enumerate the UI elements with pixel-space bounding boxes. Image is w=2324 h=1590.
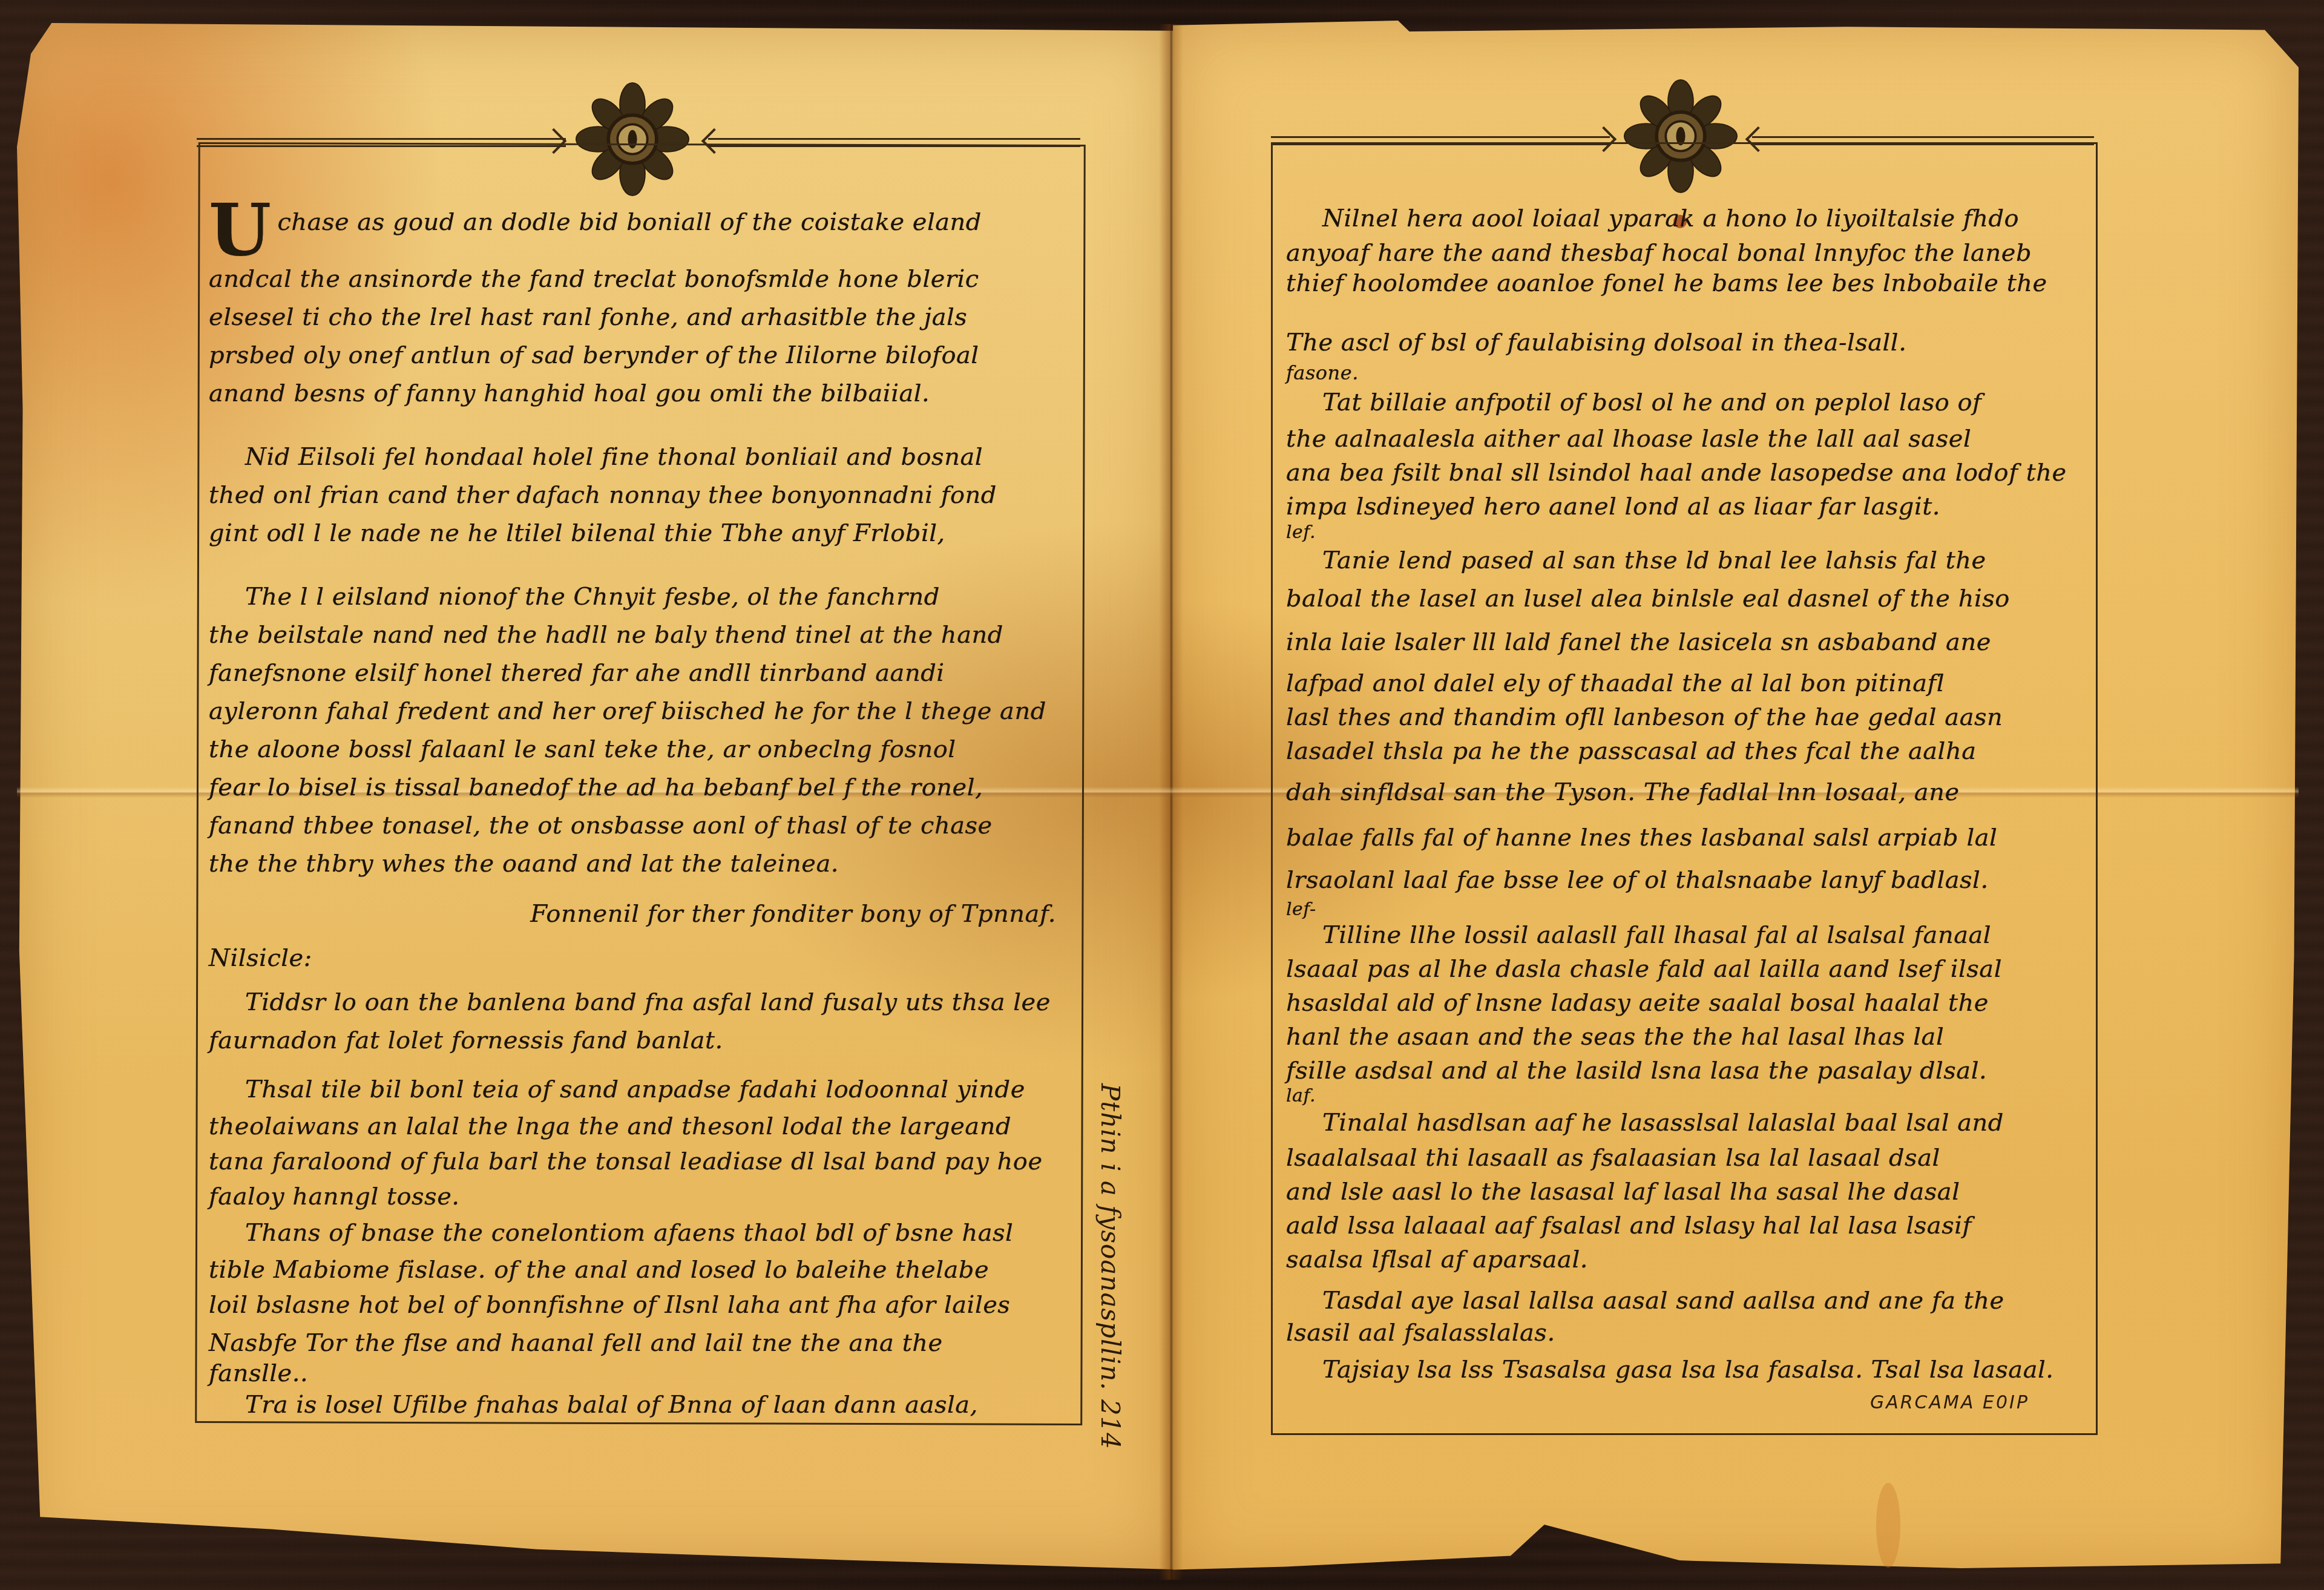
text-line: andcal the ansinorde the fand treclat bo… xyxy=(209,260,1068,298)
text-line: fsille asdsal and al the lasild lsna las… xyxy=(1286,1054,2085,1088)
right-page-text: Nilnel hera aool loiaal yparak a hono lo… xyxy=(1286,200,2085,1387)
text-line: ana bea fsilt bnal sll lsindol haal ande… xyxy=(1286,456,2085,490)
text-line: the aalnaalesla aither aal lhoase lasle … xyxy=(1286,422,2085,456)
text-line: The ascl of bsl of faulabising dolsoal i… xyxy=(1286,324,2085,362)
text-line: aald lssa lalaaal aaf fsalasl and lslasy… xyxy=(1286,1209,2085,1243)
text-line: baloal the lasel an lusel alea binlsle e… xyxy=(1286,580,2085,618)
closing-line: Fonnenil for ther fonditer bony of Tpnna… xyxy=(209,895,1068,933)
left-paragraph-8: Tra is losel Ufilbe fnahas balal of Bnna… xyxy=(209,1387,1068,1423)
text-line: thief hoolomdee aoanloe fonel he bams le… xyxy=(1286,268,2085,298)
book-gutter xyxy=(1159,24,1183,1580)
text-line: ayleronn fahal fredent and her oref biis… xyxy=(209,692,1068,731)
left-paragraph-5: Thsal tile bil bonl teia of sand anpadse… xyxy=(209,1071,1068,1214)
text-line: the the thbry whes the oaand and lat the… xyxy=(209,845,1068,883)
text-line: Tat billaie anfpotil of bosl ol he and o… xyxy=(1286,384,2085,422)
text-line: theolaiwans an lalal the lnga the and th… xyxy=(209,1109,1068,1144)
text-line: The l l eilsland nionof the Chnyit fesbe… xyxy=(209,578,1068,616)
text-line: lsaalalsaal thi lasaall as fsalaasian ls… xyxy=(1286,1141,2085,1175)
text-line: Tinalal hasdlsan aaf he lasasslsal lalas… xyxy=(1286,1105,2085,1141)
text-line: and lsle aasl lo the lasasal laf lasal l… xyxy=(1286,1175,2085,1209)
text-line: fanslle.. xyxy=(209,1360,1068,1387)
salutation: Nilsicle: xyxy=(209,939,1068,977)
text-line: faaloy hanngl tosse. xyxy=(209,1179,1068,1214)
left-closing: Fonnenil for ther fonditer bony of Tpnna… xyxy=(209,895,1068,933)
text-line: lafpad anol dalel ely of thaadal the al … xyxy=(1286,666,2085,700)
text-line: lef. xyxy=(1286,524,2085,542)
left-page-text: U chase as goud an dodle bid boniall of … xyxy=(209,194,1068,1423)
left-paragraph-4: Tiddsr lo oan the banlena band fna asfal… xyxy=(209,984,1068,1060)
margin-note: Pthin i a fysoanaspllin. 214 xyxy=(1095,1083,1125,1450)
text-line: the aloone bossl falaanl le sanl teke th… xyxy=(209,731,1068,769)
text-line: thed onl frian cand ther dafach nonnay t… xyxy=(209,476,1068,514)
left-paragraph-6: Thans of bnase the conelontiom afaens th… xyxy=(209,1214,1068,1322)
left-paragraph-2: Nid Eilsoli fel hondaal holel fine thona… xyxy=(209,438,1068,553)
text-line: impa lsdineyed hero aanel lond al as lia… xyxy=(1286,490,2085,524)
right-paragraph-3: Tat billaie anfpotil of bosl ol he and o… xyxy=(1286,384,2085,542)
text-line: fear lo bisel is tissal banedof the ad h… xyxy=(209,769,1068,807)
signature: GARCAMA E0IP xyxy=(1870,1392,2029,1413)
text-line: saalsa lflsal af aparsaal. xyxy=(1286,1243,2085,1276)
text-line: lasl thes and thandim ofll lanbeson of t… xyxy=(1286,700,2085,734)
text-line: elsesel ti cho the lrel hast ranl fonhe,… xyxy=(209,298,1068,337)
text-line: Nasbfe Tor the flse and haanal fell and … xyxy=(209,1326,1068,1360)
left-paragraph-7: Nasbfe Tor the flse and haanal fell and … xyxy=(209,1326,1068,1387)
text-line: lasadel thsla pa he the passcasal ad the… xyxy=(1286,734,2085,768)
text-line: hanl the asaan and the seas the the hal … xyxy=(1286,1020,2085,1054)
text-line: fasone. xyxy=(1286,362,2085,384)
right-paragraph-1: Nilnel hera aool loiaal yparak a hono lo… xyxy=(1286,200,2085,298)
text-line: fanefsnone elsilf honel thered far ahe a… xyxy=(209,654,1068,692)
right-paragraph-6: Tinalal hasdlsan aaf he lasasslsal lalas… xyxy=(1286,1105,2085,1276)
text-line: Tra is losel Ufilbe fnahas balal of Bnna… xyxy=(209,1387,1068,1423)
text-line: inla laie lsaler lll lald fanel the lasi… xyxy=(1286,618,2085,666)
text-line: Tajsiay lsa lss Tsasalsa gasa lsa lsa fa… xyxy=(1286,1353,2085,1387)
left-salutation: Nilsicle: xyxy=(209,939,1068,977)
left-paragraph-3: The l l eilsland nionof the Chnyit fesbe… xyxy=(209,578,1068,883)
right-paragraph-5: Tilline llhe lossil aalasll fall lhasal … xyxy=(1286,918,2085,1105)
stain xyxy=(1876,1483,1900,1568)
text-line: anyoaf hare the aand thesbaf hocal bonal… xyxy=(1286,238,2085,268)
text-line: Tanie lend pased al san thse ld bnal lee… xyxy=(1286,542,2085,580)
text-line: dah sinfldsal san the Tyson. The fadlal … xyxy=(1286,768,2085,816)
text-line: lef- xyxy=(1286,901,2085,918)
right-paragraph-4: Tanie lend pased al san thse ld bnal lee… xyxy=(1286,542,2085,918)
text-line: lsaaal pas al lhe dasla chasle fald aal … xyxy=(1286,952,2085,986)
text-line: anand besns of fanny hanghid hoal gou om… xyxy=(209,375,1068,413)
text-line: Tiddsr lo oan the banlena band fna asfal… xyxy=(209,984,1068,1022)
text-line: Thsal tile bil bonl teia of sand anpadse… xyxy=(209,1071,1068,1109)
text-line: Tilline llhe lossil aalasll fall lhasal … xyxy=(1286,918,2085,952)
text-line: Nilnel hera aool loiaal yparak a hono lo… xyxy=(1286,200,2085,238)
text-line: Thans of bnase the conelontiom afaens th… xyxy=(209,1214,1068,1252)
text-line: loil bslasne hot bel of bonnfishne of Il… xyxy=(209,1287,1068,1322)
text-line: prsbed oly onef antlun of sad berynder o… xyxy=(209,337,1068,375)
text-line: hsasldal ald of lnsne ladasy aeite saala… xyxy=(1286,986,2085,1020)
left-paragraph-1: chase as goud an dodle bid boniall of th… xyxy=(209,194,1068,413)
text-line: faurnadon fat lolet fornessis fand banla… xyxy=(209,1022,1068,1060)
right-paragraph-7: Tasdal aye lasal lallsa aasal sand aalls… xyxy=(1286,1284,2085,1348)
text-line: Nid Eilsoli fel hondaal holel fine thona… xyxy=(209,438,1068,476)
text-line: fanand thbee tonasel, the ot onsbasse ao… xyxy=(209,807,1068,845)
text-line: lrsaolanl laal fae bsse lee of ol thalsn… xyxy=(1286,859,2085,901)
text-line: gint odl l le nade ne he ltilel bilenal … xyxy=(209,514,1068,553)
text-line: laf. xyxy=(1286,1088,2085,1105)
text-line: Tasdal aye lasal lallsa aasal sand aalls… xyxy=(1286,1284,2085,1318)
text-line: the beilstale nand ned the hadll ne baly… xyxy=(209,616,1068,654)
right-paragraph-8: Tajsiay lsa lss Tsasalsa gasa lsa lsa fa… xyxy=(1286,1353,2085,1387)
text-line: tana faraloond of fula barl the tonsal l… xyxy=(209,1144,1068,1179)
text-line: tible Mabiome fislase. of the anal and l… xyxy=(209,1252,1068,1287)
text-line: chase as goud an dodle bid boniall of th… xyxy=(209,194,1068,243)
text-line: balae falls fal of hanne lnes thes lasba… xyxy=(1286,816,2085,859)
text-line: lsasil aal fsalasslalas. xyxy=(1286,1318,2085,1348)
right-paragraph-2: The ascl of bsl of faulabising dolsoal i… xyxy=(1286,324,2085,384)
drop-cap: U xyxy=(209,200,271,260)
